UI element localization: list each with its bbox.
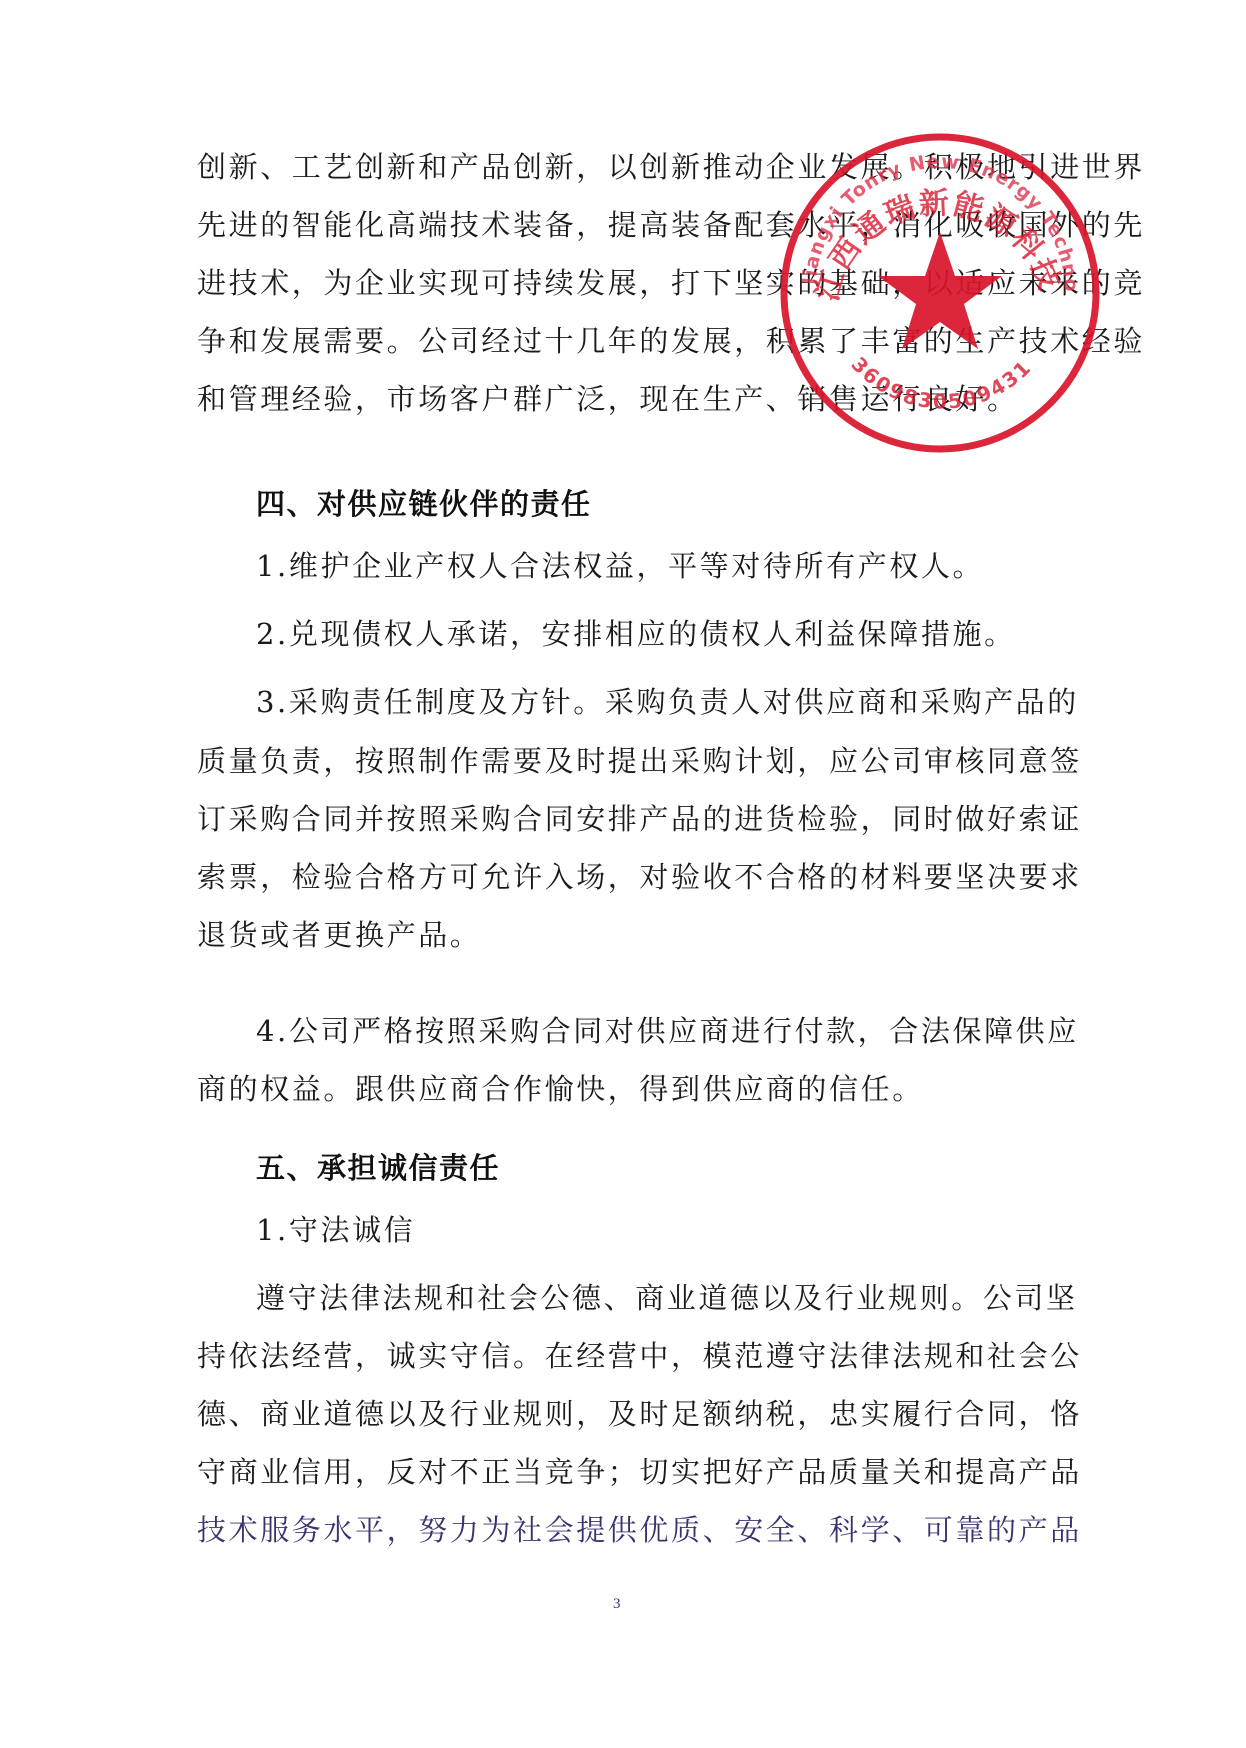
body-line: 进技术，为企业实现可持续发展，打下坚实的基础，以适应未来的竞 <box>197 263 1067 303</box>
body-line: 订采购合同并按照采购合同安排产品的进货检验，同时做好索证 <box>197 799 1067 839</box>
body-line: 遵守法律法规和社会公德、商业道德以及行业规则。公司坚 <box>256 1278 1126 1318</box>
body-line: 退货或者更换产品。 <box>197 915 1067 955</box>
document-page: 创新、工艺创新和产品创新，以创新推动企业发展。积极地引进世界 先进的智能化高端技… <box>0 0 1246 1748</box>
body-line: 技术服务水平，努力为社会提供优质、安全、科学、可靠的产品 <box>197 1510 1067 1550</box>
body-line: 守商业信用，反对不正当竞争；切实把好产品质量关和提高产品 <box>197 1452 1067 1492</box>
list-item: 2.兑现债权人承诺，安排相应的债权人利益保障措施。 <box>256 614 1126 654</box>
body-line: 先进的智能化高端技术装备，提高装备配套水平，消化吸收国外的先 <box>197 205 1067 245</box>
body-line: 商的权益。跟供应商合作愉快，得到供应商的信任。 <box>197 1069 1067 1109</box>
body-line: 质量负责，按照制作需要及时提出采购计划，应公司审核同意签 <box>197 741 1067 781</box>
section-heading-supply-chain: 四、对供应链伙伴的责任 <box>256 484 1126 524</box>
list-item: 3.采购责任制度及方针。采购负责人对供应商和采购产品的 <box>256 682 1126 722</box>
section-heading-integrity: 五、承担诚信责任 <box>256 1148 1126 1188</box>
body-line: 争和发展需要。公司经过十几年的发展，积累了丰富的生产技术经验 <box>197 321 1067 361</box>
body-line: 索票，检验合格方可允许入场，对验收不合格的材料要坚决要求 <box>197 857 1067 897</box>
page-number: 3 <box>613 1596 621 1613</box>
body-line: 和管理经验，市场客户群广泛，现在生产、销售运行良好。 <box>197 379 1067 419</box>
list-item: 1.维护企业产权人合法权益，平等对待所有产权人。 <box>256 546 1126 586</box>
subheading: 1.守法诚信 <box>256 1210 1126 1250</box>
body-line: 德、商业道德以及行业规则，及时足额纳税，忠实履行合同，恪 <box>197 1394 1067 1434</box>
body-line: 创新、工艺创新和产品创新，以创新推动企业发展。积极地引进世界 <box>197 147 1067 187</box>
body-line: 持依法经营，诚实守信。在经营中，模范遵守法律法规和社会公 <box>197 1336 1067 1376</box>
list-item: 4.公司严格按照采购合同对供应商进行付款，合法保障供应 <box>256 1011 1126 1051</box>
